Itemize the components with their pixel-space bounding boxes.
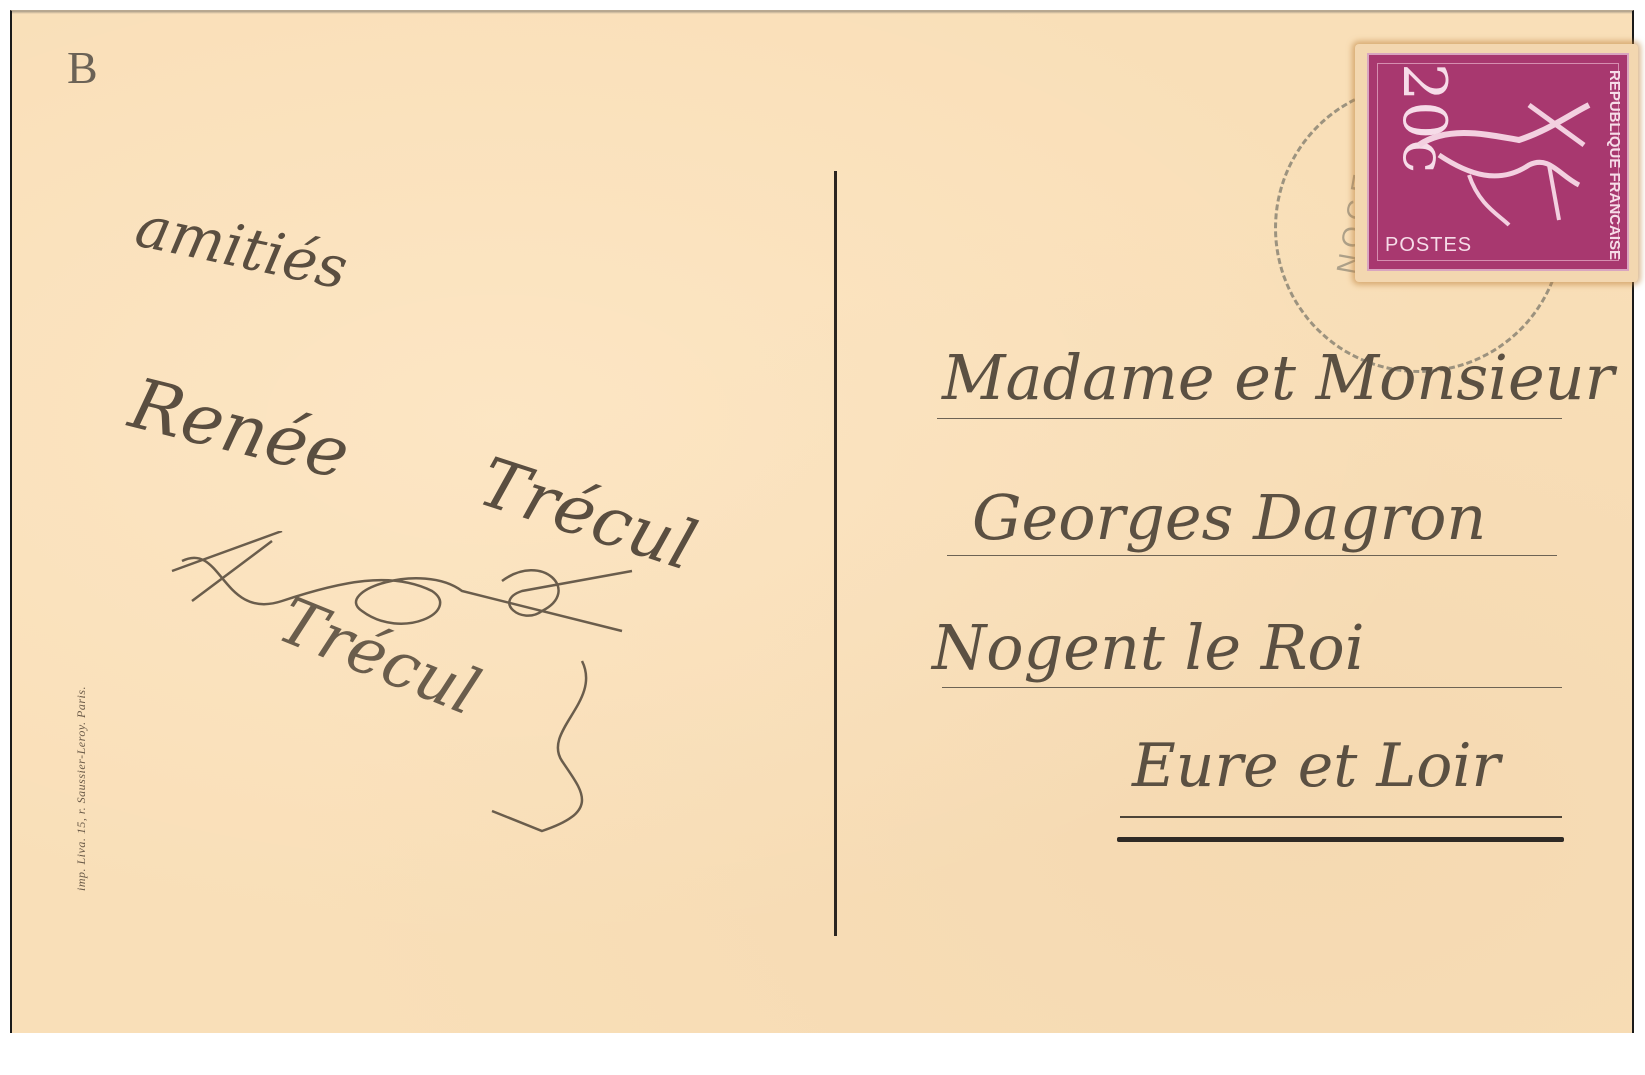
address-rule-4 — [1120, 816, 1562, 818]
address-rule-2 — [947, 555, 1557, 556]
address-line-4: Eure et Loir — [1132, 731, 1500, 801]
address-rule-1 — [937, 418, 1562, 419]
stamp-postes-label: POSTES — [1385, 234, 1472, 257]
address-rule-bold — [1117, 837, 1564, 842]
center-divider-line — [834, 171, 837, 936]
address-line-2: Georges Dagron — [972, 481, 1486, 554]
printer-imprint: imp. Liva. 15, r. Saussier-Leroy. Paris. — [74, 686, 89, 891]
stamp-country-label: REPUBLIQUE FRANCAISE — [1597, 67, 1623, 263]
address-rule-3 — [942, 687, 1562, 688]
corner-mark: B — [67, 41, 98, 94]
address-line-1: Madame et Monsieur — [942, 341, 1614, 414]
message-greeting: amitiés — [130, 192, 354, 303]
address-line-3: Nogent le Roi — [932, 611, 1365, 684]
postage-stamp: 20c POSTES REPUBLIQUE FRANCAISE — [1367, 53, 1629, 271]
card-top-edge — [12, 11, 1632, 14]
sower-icon — [1409, 85, 1599, 235]
postcard: B amitiés Renée Trécul Trécul imp. Liva.… — [10, 10, 1634, 1033]
signature-first-name: Renée — [122, 362, 357, 495]
